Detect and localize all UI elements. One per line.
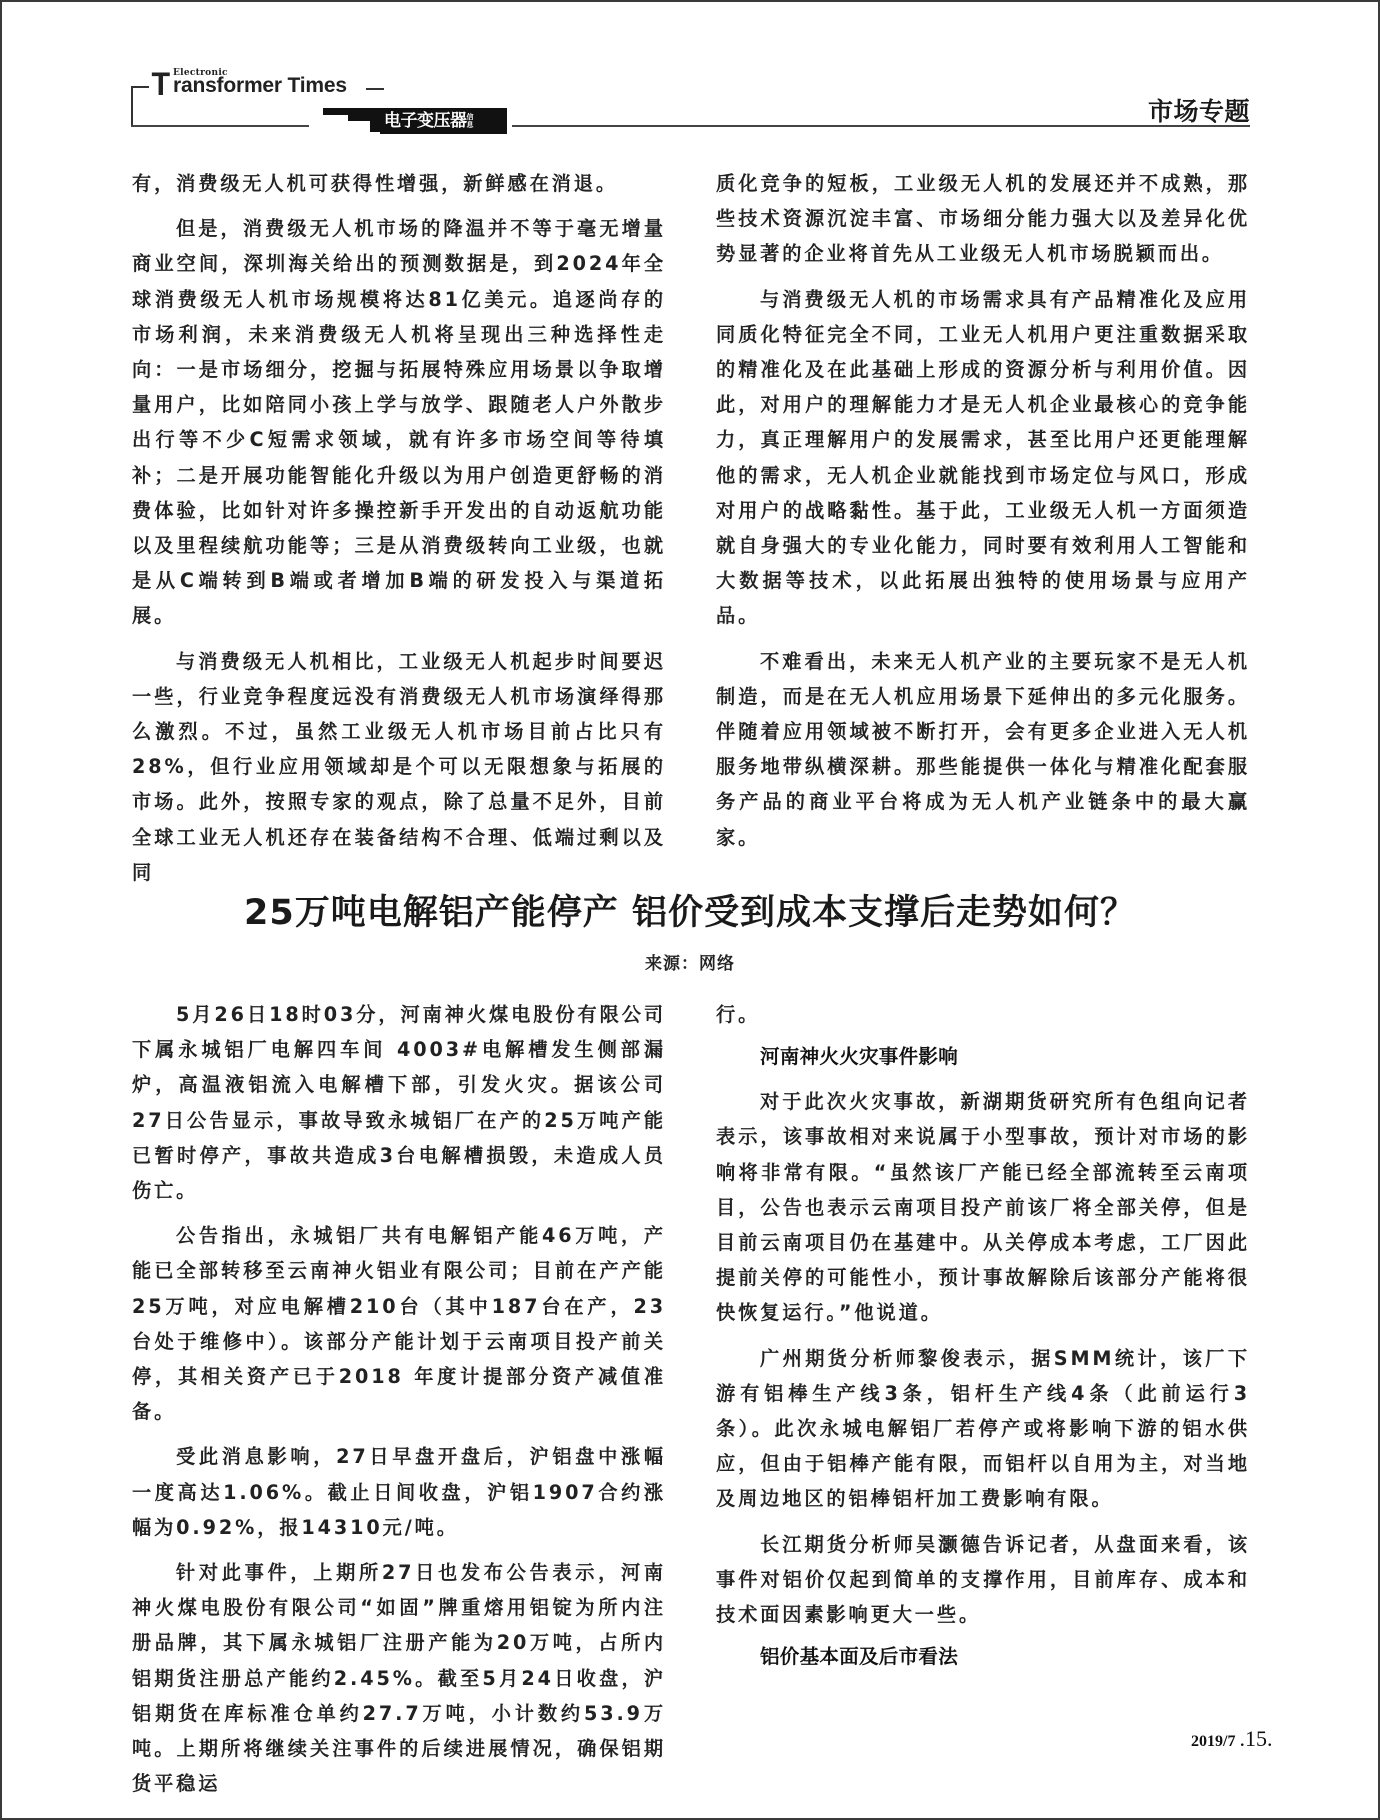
journal-banner-mark: 信息: [467, 113, 475, 129]
logo-wordmark: ransformer Times: [173, 75, 347, 97]
paragraph: 针对此事件，上期所27日也发布公告表示，河南神火煤电股份有限公司“如固”牌重熔用…: [132, 1555, 666, 1801]
masthead-rule-left: [131, 125, 309, 127]
paragraph: 但是，消费级无人机市场的降温并不等于毫无增量商业空间，深圳海关给出的预测数据是，…: [132, 211, 666, 633]
section-tag: 市场专题: [1148, 97, 1250, 127]
masthead-vertical-rule: [131, 86, 133, 127]
article-right-column: 行。 河南神火火灾事件影响 对于此次火灾事故，新湖期货研究所有色组向记者表示，该…: [716, 997, 1250, 1684]
journal-banner-title: 电子变压器: [384, 111, 467, 131]
paragraph: 对于此次火灾事故，新湖期货研究所有色组向记者表示，该事故相对来说属于小型事故，预…: [716, 1084, 1250, 1330]
article-left-column: 5月26日18时03分，河南神火煤电股份有限公司下属永城铝厂电解四车间 4003…: [132, 997, 666, 1801]
continued-article-left-column: 有，消费级无人机可获得性增强，新鲜感在消退。 但是，消费级无人机市场的降温并不等…: [132, 166, 666, 890]
logo-trailing-dash: [366, 88, 384, 90]
subheading: 铝价基本面及后市看法: [716, 1642, 1250, 1672]
paragraph: 广州期货分析师黎俊表示，据SMM统计，该厂下游有铝棒生产线3条，铝杆生产线4条（…: [716, 1341, 1250, 1517]
page-number: .15.: [1239, 1726, 1272, 1751]
logo-initial: T: [151, 68, 170, 100]
paragraph: 不难看出，未来无人机产业的主要玩家不是无人机制造，而是在无人机应用场景下延伸出的…: [716, 644, 1250, 855]
paragraph: 长江期货分析师吴灏德告诉记者，从盘面来看，该事件对铝价仅起到简单的支撑作用，目前…: [716, 1527, 1250, 1633]
masthead-top-dash: [131, 86, 149, 88]
continued-article-right-column: 质化竞争的短板，工业级无人机的发展还并不成熟，那些技术资源沉淀丰富、市场细分能力…: [716, 166, 1250, 855]
issue-date: 2019/7: [1191, 1733, 1235, 1750]
article-source: 来源：网络: [0, 952, 1380, 976]
paragraph: 与消费级无人机相比，工业级无人机起步时间要迟一些，行业竞争程度远没有消费级无人机…: [132, 644, 666, 890]
masthead-rule-right: [512, 125, 1250, 127]
page-folio: 2019/7.15.: [1191, 1726, 1272, 1752]
paragraph: 5月26日18时03分，河南神火煤电股份有限公司下属永城铝厂电解四车间 4003…: [132, 997, 666, 1208]
paragraph-continuation: 行。: [716, 997, 1250, 1032]
paragraph: 有，消费级无人机可获得性增强，新鲜感在消退。: [132, 166, 666, 201]
paragraph: 质化竞争的短板，工业级无人机的发展还并不成熟，那些技术资源沉淀丰富、市场细分能力…: [716, 166, 1250, 272]
paragraph: 受此消息影响，27日早盘开盘后，沪铝盘中涨幅一度高达1.06%。截止日间收盘，沪…: [132, 1439, 666, 1545]
journal-banner: 电子变压器信息: [380, 108, 507, 134]
subheading: 河南神火火灾事件影响: [716, 1042, 1250, 1072]
paragraph: 公告指出，永城铝厂共有电解铝产能46万吨，产能已全部转移至云南神火铝业有限公司；…: [132, 1218, 666, 1429]
article-title: 25万吨电解铝产能停产 铝价受到成本支撑后走势如何？: [0, 890, 1380, 936]
paragraph: 与消费级无人机的市场需求具有产品精准化及应用同质化特征完全不同，工业无人机用户更…: [716, 282, 1250, 634]
